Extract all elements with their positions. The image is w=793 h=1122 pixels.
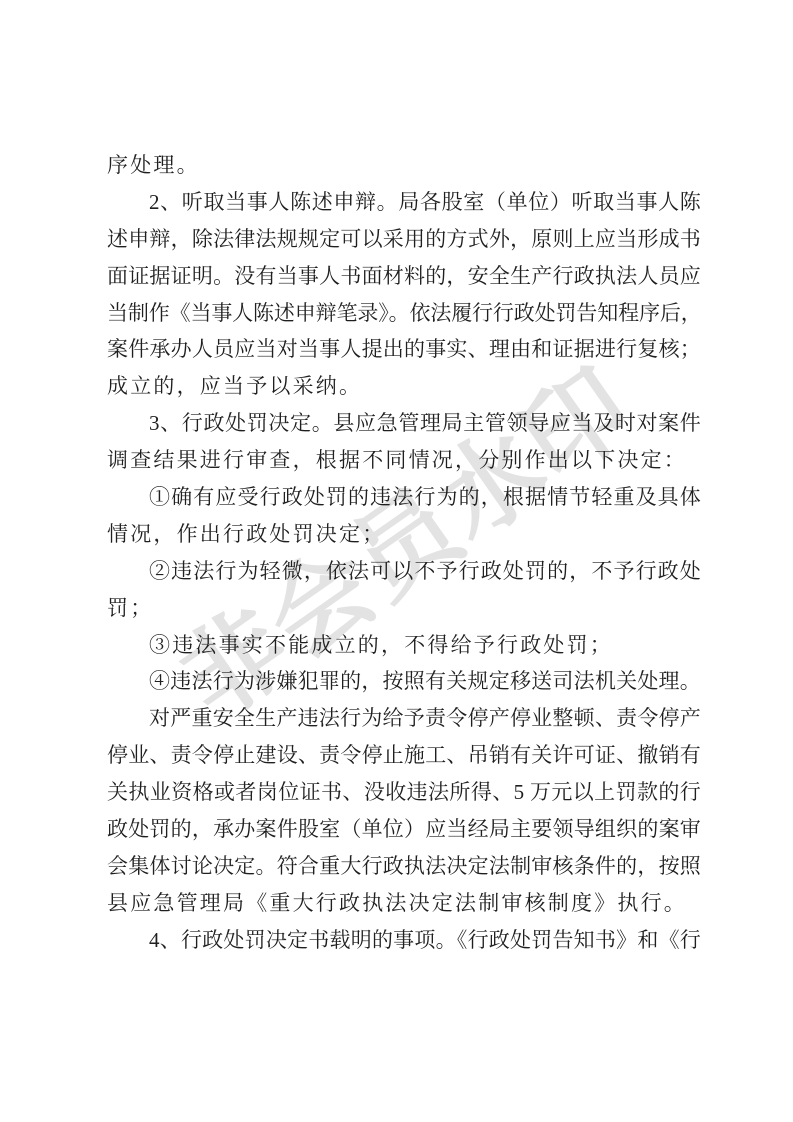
text-line: ②违法行为轻微，依法可以不予行政处罚的，不予行政处 <box>107 553 701 590</box>
text-line: 述申辩，除法律法规规定可以采用的方式外，原则上应当形成书 <box>107 221 701 258</box>
text-line: 罚； <box>107 590 701 627</box>
document-page: 非会员水印 序处理。 2、听取当事人陈述申辩。局各股室（单位）听取当事人陈 述申… <box>0 0 793 1122</box>
text-line: 成立的，应当予以采纳。 <box>107 368 701 405</box>
text-line: 4、行政处罚决定书载明的事项。《行政处罚告知书》和《行 <box>107 922 701 959</box>
text-line: 案件承办人员应当对当事人提出的事实、理由和证据进行复核； <box>107 331 701 368</box>
text-line: 会集体讨论决定。符合重大行政执法决定法制审核条件的，按照 <box>107 848 701 885</box>
text-line: 调查结果进行审查，根据不同情况，分别作出以下决定： <box>107 442 701 479</box>
text-line: 对严重安全生产违法行为给予责令停产停业整顿、责令停产 <box>107 700 701 737</box>
text-line: 3、行政处罚决定。县应急管理局主管领导应当及时对案件 <box>107 405 701 442</box>
text-line: 情况，作出行政处罚决定； <box>107 516 701 553</box>
text-line: 序处理。 <box>107 147 701 184</box>
text-line: ①确有应受行政处罚的违法行为的，根据情节轻重及具体 <box>107 479 701 516</box>
document-body: 序处理。 2、听取当事人陈述申辩。局各股室（单位）听取当事人陈 述申辩，除法律法… <box>107 147 701 959</box>
text-line: 政处罚的，承办案件股室（单位）应当经局主要领导组织的案审 <box>107 811 701 848</box>
text-line: 当制作《当事人陈述申辩笔录》。依法履行行政处罚告知程序后， <box>107 295 701 332</box>
text-line: 2、听取当事人陈述申辩。局各股室（单位）听取当事人陈 <box>107 184 701 221</box>
text-line: 停业、责令停止建设、责令停止施工、吊销有关许可证、撤销有 <box>107 737 701 774</box>
text-line: ④违法行为涉嫌犯罪的，按照有关规定移送司法机关处理。 <box>107 663 701 700</box>
text-line: 面证据证明。没有当事人书面材料的，安全生产行政执法人员应 <box>107 258 701 295</box>
text-line: 县应急管理局《重大行政执法决定法制审核制度》执行。 <box>107 885 701 922</box>
text-line: 关执业资格或者岗位证书、没收违法所得、5 万元以上罚款的行 <box>107 774 701 811</box>
text-line: ③违法事实不能成立的，不得给予行政处罚； <box>107 627 701 664</box>
